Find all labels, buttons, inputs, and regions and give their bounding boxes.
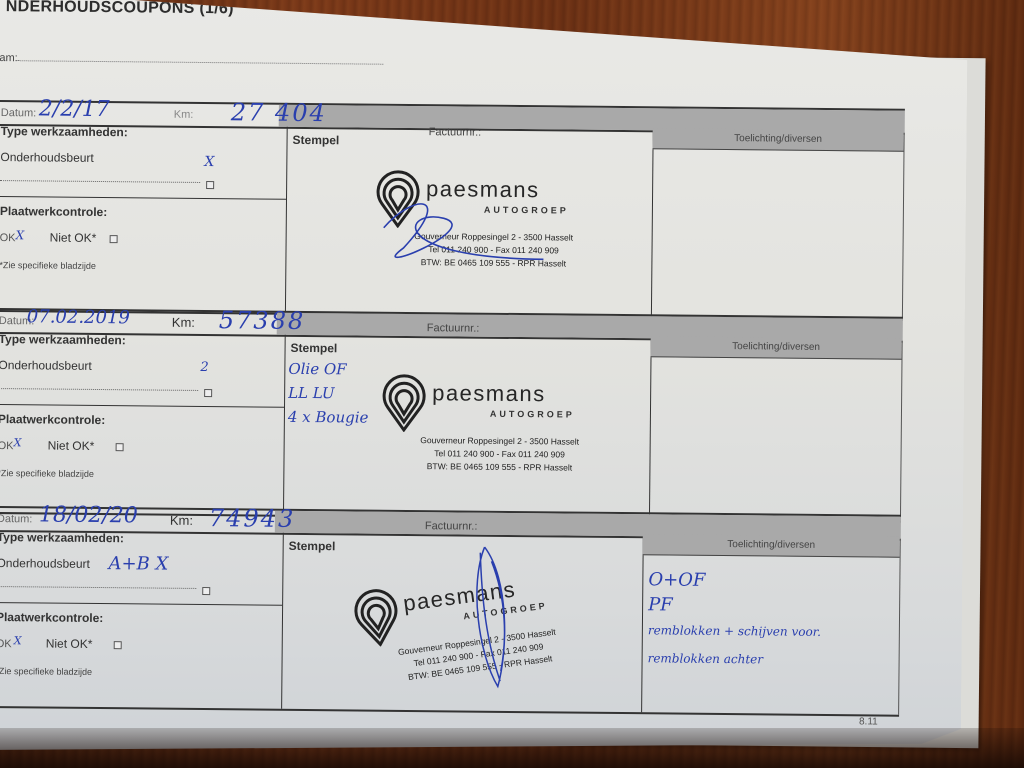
plaatwerkcontrole-label: Plaatwerkcontrole: (0, 610, 103, 625)
onderhoudsbeurt-label: Onderhoudsbeurt (0, 556, 90, 571)
plaatwerkcontrole-label: Plaatwerkcontrole: (0, 204, 107, 219)
stamp-sub: AUTOGROEP (490, 409, 575, 420)
paesmans-logo-icon (374, 168, 423, 228)
specifieke-note: *Zie specifieke bladzijde (0, 468, 94, 479)
other-checkbox[interactable] (202, 587, 210, 595)
paesmans-logo-icon (380, 372, 429, 432)
toelichting-header: Toelichting/diversen (643, 534, 900, 557)
niet-ok-label: Niet OK* (50, 231, 97, 245)
plaatwerkcontrole-label: Plaatwerkcontrole: (0, 412, 105, 427)
km-value[interactable]: 74943 (209, 504, 296, 533)
type-werkzaamheden-label: Type werkzaamheden: (0, 332, 126, 347)
stempel-label: Stempel (293, 133, 340, 147)
onderhoudsbeurt-label: Onderhoudsbeurt (0, 358, 92, 373)
ok-label: OK (0, 440, 14, 452)
specifieke-note: *Zie specifieke bladzijde (0, 260, 96, 271)
type-werkzaamheden-label: Type werkzaamheden: (0, 530, 124, 545)
onderhoudsbeurt-mark[interactable]: A+B X (108, 553, 168, 575)
km-label: Km: (170, 513, 193, 528)
km-value[interactable]: 27 404 (231, 98, 327, 127)
km-label: Km: (174, 109, 194, 121)
stempel-label: Stempel (289, 539, 336, 553)
other-checkbox[interactable] (206, 181, 214, 189)
stamp-brand: paesmans (426, 176, 540, 203)
km-label: Km: (172, 315, 195, 330)
onderhoudsbeurt-mark[interactable]: 2 (200, 360, 208, 375)
name-row: Naam: (3, 52, 383, 56)
toelichting-header: Toelichting/diversen (653, 128, 904, 151)
other-checkbox[interactable] (204, 389, 212, 397)
stamp-sub: AUTOGROEP (484, 205, 569, 216)
niet-ok-label: Niet OK* (46, 637, 93, 651)
niet-ok-checkbox[interactable] (114, 641, 122, 649)
shadow (0, 728, 1024, 768)
stempel-handwritten-notes: Olie OF LL LU 4 x Bougie (288, 357, 369, 430)
datum-label: Datum: (1, 107, 37, 119)
coupon-1: Datum: 2/2/17 Km: 27 404 Factuurnr.: Typ… (0, 100, 905, 109)
page-number: 8.11 (859, 716, 878, 727)
factuurnr-label: Factuurnr.: (425, 520, 478, 533)
dealer-stamp: paesmans AUTOGROEP Gouverneur Roppesinge… (349, 560, 593, 709)
name-label: Naam: (0, 52, 18, 64)
ok-mark[interactable]: X (16, 228, 25, 242)
toelichting-header: Toelichting/diversen (651, 336, 902, 359)
niet-ok-label: Niet OK* (48, 439, 95, 453)
stamp-brand: paesmans (432, 380, 546, 407)
datum-label: Datum: (0, 513, 32, 525)
stamp-address: Gouverneur Roppesingel 2 - 3500 Hasselt … (383, 230, 603, 271)
factuurnr-label: Factuurnr.: (427, 322, 480, 335)
onderhoudsbeurt-label: Onderhoudsbeurt (0, 150, 94, 165)
specifieke-note: *Zie specifieke bladzijde (0, 666, 92, 677)
ok-label: OK (0, 232, 16, 244)
km-value[interactable]: 57388 (219, 306, 306, 335)
type-werkzaamheden-label: Type werkzaamheden: (1, 124, 128, 139)
datum-value[interactable]: 18/02/20 (39, 502, 138, 528)
datum-value[interactable]: 07.02.2019 (27, 306, 130, 328)
datum-value[interactable]: 2/2/17 (39, 96, 110, 122)
paesmans-logo-icon (349, 584, 404, 650)
name-field[interactable] (17, 60, 383, 65)
niet-ok-checkbox[interactable] (110, 235, 118, 243)
dealer-stamp: paesmans AUTOGROEP Gouverneur Roppesinge… (373, 168, 604, 290)
dealer-stamp: paesmans AUTOGROEP Gouverneur Roppesinge… (379, 372, 610, 494)
coupon-page: NDERHOUDSCOUPONS (1/6) Naam: Datum: 2/2/… (0, 0, 968, 759)
stempel-label: Stempel (291, 341, 338, 355)
toelichting-handwritten-notes: O+OF PF remblokken + schijven voor. remb… (647, 566, 821, 674)
ok-label: OK (0, 638, 12, 650)
ok-mark[interactable]: X (14, 436, 22, 449)
ok-mark[interactable]: X (14, 634, 22, 647)
onderhoudsbeurt-mark[interactable]: X (204, 154, 214, 170)
stamp-address: Gouverneur Roppesingel 2 - 3500 Hasselt … (389, 434, 609, 475)
niet-ok-checkbox[interactable] (116, 443, 124, 451)
